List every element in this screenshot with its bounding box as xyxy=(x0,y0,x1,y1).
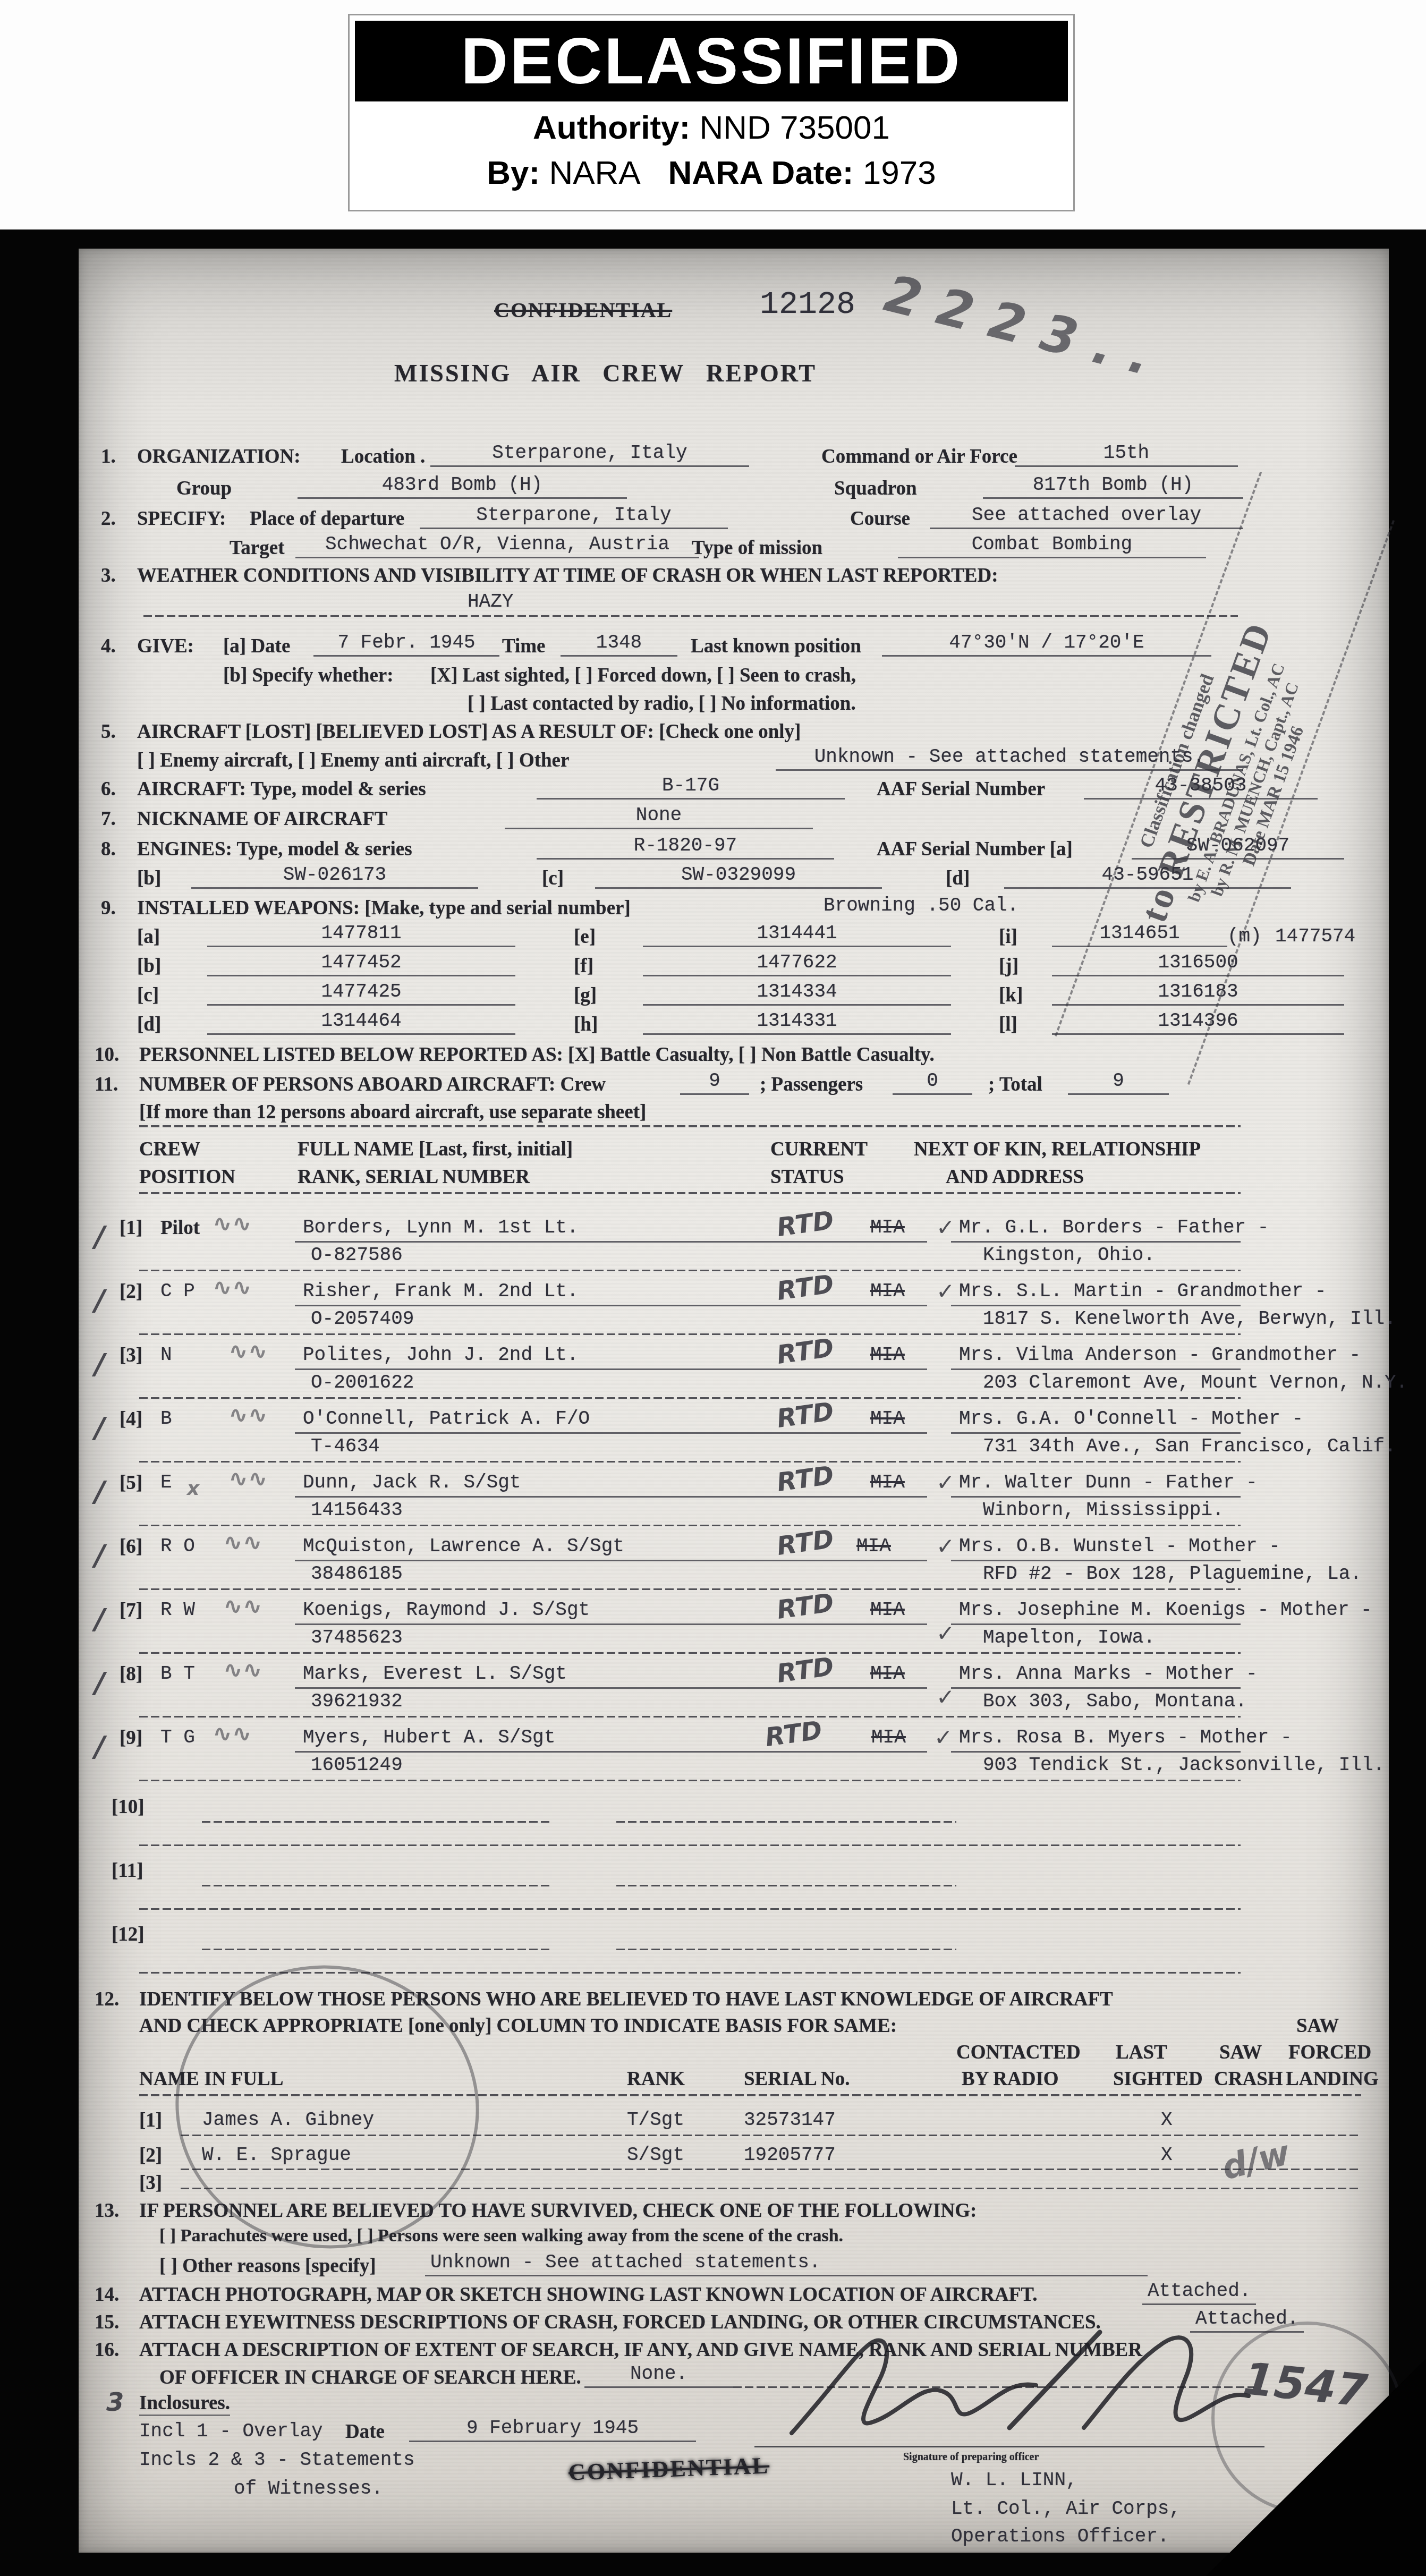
witness-last-sighted-mark: X xyxy=(1161,2109,1173,2131)
by-label: By: xyxy=(487,155,540,191)
weapon-g-label: [g] xyxy=(574,984,597,1007)
date-value: 7 Febr. 1945 xyxy=(313,632,499,657)
crew-row-kin: Mr. Walter Dunn - Father - xyxy=(959,1472,1258,1493)
handwritten-check-mark: / xyxy=(95,1666,105,1699)
weather-underline xyxy=(143,615,1238,617)
item10-number: 10. xyxy=(95,1043,119,1066)
item1-label: ORGANIZATION: xyxy=(137,445,301,468)
item16-label-2: OF OFFICER IN CHARGE OF SEARCH HERE. xyxy=(159,2366,581,2389)
item16-value: None. xyxy=(584,2363,733,2388)
handwritten-check-mark: ✓ xyxy=(936,1533,955,1559)
target-value: Schwechat O/R, Vienna, Austria xyxy=(295,533,699,558)
handwritten-x-mark: x xyxy=(187,1478,199,1500)
weapon-f: 1477622 xyxy=(643,951,951,976)
squadron-value: 817th Bomb (H) xyxy=(983,474,1243,499)
handwritten-squiggle: ∿∿ xyxy=(213,1210,252,1237)
aaf-serial-label: AAF Serial Number xyxy=(877,778,1045,801)
item8-label: ENGINES: Type, model & series xyxy=(137,838,412,861)
weapon-b-label: [b] xyxy=(137,955,161,977)
crew-name-underline xyxy=(295,1751,927,1753)
weapon-h: 1314331 xyxy=(643,1010,951,1035)
confidential-header: CONFIDENTIAL xyxy=(494,297,672,322)
item9-label: INSTALLED WEAPONS: [Make, type and seria… xyxy=(137,897,631,920)
engine-d-label: [d] xyxy=(946,867,970,890)
handwritten-check-mark: / xyxy=(95,1411,105,1444)
weapon-m: 1477574 xyxy=(1275,925,1355,947)
item3-label: WEATHER CONDITIONS AND VISIBILITY AT TIM… xyxy=(137,564,998,587)
crew-kin-underline xyxy=(951,1305,1241,1306)
crew-row-number: [6] xyxy=(120,1535,142,1558)
crew-header-status: STATUS xyxy=(770,1166,844,1188)
crew-header-crew: CREW xyxy=(139,1138,200,1161)
item14-number: 14. xyxy=(95,2283,119,2306)
crew-kin-underline xyxy=(951,1241,1241,1243)
crew-row-serial: 14156433 xyxy=(311,1499,403,1521)
crew-row-name: Risher, Frank M. 2nd Lt. xyxy=(303,1280,578,1302)
footer-date-label: Date xyxy=(345,2420,385,2443)
crew-header-kin: NEXT OF KIN, RELATIONSHIP xyxy=(914,1138,1201,1161)
weapon-c: 1477425 xyxy=(207,981,515,1006)
report-number: 12128 xyxy=(760,287,855,323)
signature-line xyxy=(754,2446,1264,2447)
item7-number: 7. xyxy=(101,807,116,830)
departure-label: Place of departure xyxy=(250,507,404,530)
crew-row-kin2: 1817 S. Kenelworth Ave, Berwyn, Ill. xyxy=(983,1308,1396,1330)
struck-status-mia: MIA xyxy=(870,1280,905,1302)
item1-number: 1. xyxy=(101,445,116,468)
specify-whether-label: [b] Specify whether: xyxy=(223,664,394,687)
item5-label: AIRCRAFT [LOST] [BELIEVED LOST] AS A RES… xyxy=(137,720,801,743)
engine-c-label: [c] xyxy=(542,867,564,890)
struck-status-mia: MIA xyxy=(856,1535,891,1557)
weapon-c-label: [c] xyxy=(137,984,159,1007)
group-value: 483rd Bomb (H) xyxy=(298,474,627,499)
crew-row-number: [12] xyxy=(112,1923,145,1946)
handwritten-squiggle: ∿∿ xyxy=(223,1529,262,1556)
handwritten-squiggle: ∿∿ xyxy=(228,1401,268,1429)
weapon-j-label: [j] xyxy=(999,955,1018,977)
item2-label: SPECIFY: xyxy=(137,507,226,530)
squadron-label: Squadron xyxy=(834,477,917,500)
handwritten-check-mark: ✓ xyxy=(936,1278,955,1304)
target-label: Target xyxy=(230,537,284,559)
struck-status-mia: MIA xyxy=(870,1344,905,1366)
location-label: Location . xyxy=(341,445,425,468)
witness-header-radio: BY RADIO xyxy=(962,2068,1059,2090)
item14-value: Attached. xyxy=(1142,2280,1256,2305)
command-value: 15th xyxy=(1015,442,1238,467)
weapon-a-label: [a] xyxy=(137,925,160,948)
crew-row-name: Koenigs, Raymond J. S/Sgt xyxy=(303,1599,590,1621)
crew-row-name: O'Connell, Patrick A. F/O xyxy=(303,1408,590,1430)
crew-name-underline xyxy=(295,1623,927,1625)
crew-row-divider xyxy=(139,1780,1241,1781)
passengers-label: ; Passengers xyxy=(760,1073,863,1096)
scanned-document-page: DECLASSIFIED Authority: NND 735001 By: N… xyxy=(0,0,1426,2576)
struck-status-mia: MIA xyxy=(870,1663,905,1685)
witness-header-crash: CRASH xyxy=(1214,2068,1283,2090)
crew-row-number: [4] xyxy=(120,1408,142,1431)
weapon-b: 1477452 xyxy=(207,951,515,976)
witness-header-sighted: SIGHTED xyxy=(1113,2068,1203,2090)
position-label: Last known position xyxy=(691,635,861,658)
signature-scrawl xyxy=(760,2322,1270,2454)
crew-row-kin: Mrs. Rosa B. Myers - Mother - xyxy=(959,1727,1292,1748)
crew-kin-underline xyxy=(951,1368,1241,1370)
total-label: ; Total xyxy=(988,1073,1042,1096)
witness-header-rank: RANK xyxy=(627,2068,685,2090)
engine-serial-label: AAF Serial Number [a] xyxy=(877,838,1073,861)
item12-number: 12. xyxy=(95,1988,119,2011)
course-label: Course xyxy=(850,507,910,530)
crew-row-name: Dunn, Jack R. S/Sgt xyxy=(303,1472,521,1493)
crew-row-position: E xyxy=(160,1472,172,1493)
handwritten-check-mark: / xyxy=(95,1602,105,1636)
crew-kin-underline xyxy=(951,1560,1241,1561)
crew-kin-underline xyxy=(951,1623,1241,1625)
crew-row-divider xyxy=(139,1397,1241,1399)
weapon-d-label: [d] xyxy=(137,1013,161,1036)
witness-header-saw-top: SAW xyxy=(1296,2014,1339,2037)
crew-row-name: Borders, Lynn M. 1st Lt. xyxy=(303,1217,578,1238)
struck-status-mia: MIA xyxy=(870,1217,905,1238)
command-label: Command or Air Force xyxy=(821,445,1017,468)
crew-name-underline xyxy=(295,1687,927,1689)
crew-name-underline xyxy=(295,1305,927,1306)
time-label: Time xyxy=(502,635,546,658)
crew-header-current: CURRENT xyxy=(770,1138,868,1161)
handwritten-check-mark: ✓ xyxy=(934,1724,953,1750)
weapon-g: 1314334 xyxy=(643,981,951,1006)
crew-row-kin2: Winborn, Mississippi. xyxy=(983,1499,1224,1521)
item13-option-2: [ ] Other reasons [specify] xyxy=(159,2255,376,2277)
crew-row-serial: T-4634 xyxy=(311,1435,380,1457)
crew-name-underline xyxy=(295,1368,927,1370)
crew-row-kin2: Mapelton, Iowa. xyxy=(983,1627,1155,1648)
declassified-title: DECLASSIFIED xyxy=(461,24,962,98)
mission-label: Type of mission xyxy=(692,537,822,559)
struck-status-mia: MIA xyxy=(870,1599,905,1621)
total-count: 9 xyxy=(1068,1070,1169,1095)
crew-row-kin2: RFD #2 - Box 128, Plaguemine, La. xyxy=(983,1563,1362,1585)
crew-kin-underline xyxy=(951,1687,1241,1689)
crew-count: 9 xyxy=(680,1070,749,1095)
signature-caption: Signature of preparing officer xyxy=(903,2451,1039,2463)
handwritten-squiggle: ∿∿ xyxy=(228,1465,268,1492)
crew-row-serial: 39621932 xyxy=(311,1690,403,1712)
item6-label: AIRCRAFT: Type, model & series xyxy=(137,778,426,801)
witness-last-sighted-mark: X xyxy=(1161,2144,1173,2166)
witness-row-rank: T/Sgt xyxy=(627,2109,684,2131)
specify-options-1: [X] Last sighted, [ ] Forced down, [ ] S… xyxy=(430,664,856,687)
engine-serial-c: SW-0329099 xyxy=(595,864,882,889)
specify-options-2: [ ] Last contacted by radio, [ ] No info… xyxy=(468,692,856,715)
empty-row-line xyxy=(202,1885,553,1886)
nara-date-value: 1973 xyxy=(863,155,936,191)
inclosures-witnesses: of Witnesses. xyxy=(234,2478,383,2500)
item11-number: 11. xyxy=(95,1073,118,1096)
crew-kin-underline xyxy=(951,1432,1241,1434)
item13-option-1: [ ] Parachutes were used, [ ] Persons we… xyxy=(159,2226,843,2246)
crew-row-number: [11] xyxy=(112,1859,143,1882)
item15-number: 15. xyxy=(95,2311,119,2334)
handwritten-squiggle: ∿∿ xyxy=(213,1720,252,1747)
witness-row-number: [3] xyxy=(139,2172,162,2195)
handwritten-check-mark: / xyxy=(95,1730,105,1763)
crew-row-kin: Mrs. Anna Marks - Mother - xyxy=(959,1663,1258,1685)
crew-kin-underline xyxy=(951,1496,1241,1498)
crew-row-position: B T xyxy=(160,1663,195,1685)
weapon-make-value: Browning .50 Cal. xyxy=(824,895,1018,916)
mission-value: Combat Bombing xyxy=(898,533,1206,558)
officer-rank: Lt. Col., Air Corps, xyxy=(951,2498,1181,2520)
crew-row-serial: O-2057409 xyxy=(311,1308,414,1330)
witness-row-serial: 19205777 xyxy=(744,2144,836,2166)
position-value: 47°30'N / 17°20'E xyxy=(882,632,1211,657)
date-field-label: [a] Date xyxy=(223,635,290,658)
crew-row-kin: Mrs. G.A. O'Connell - Mother - xyxy=(959,1408,1303,1430)
handwritten-squiggle: ∿∿ xyxy=(228,1338,268,1365)
crew-header-fullname: FULL NAME [Last, first, initial] xyxy=(298,1138,573,1161)
item13-number: 13. xyxy=(95,2199,119,2222)
by-line: By: NARA NARA Date: 1973 xyxy=(350,154,1073,192)
weapon-k-label: [k] xyxy=(999,984,1023,1007)
crew-row-kin: Mrs. Josephine M. Koenigs - Mother - xyxy=(959,1599,1372,1621)
empty-row-divider xyxy=(139,1844,1241,1846)
handwritten-check-mark: ✓ xyxy=(936,1684,955,1710)
crew-row-serial: 37485623 xyxy=(311,1627,403,1648)
crew-row-number: [7] xyxy=(120,1599,142,1622)
item4-label: GIVE: xyxy=(137,635,194,658)
crew-row-position: Pilot xyxy=(160,1217,200,1239)
crew-name-underline xyxy=(295,1432,927,1434)
handwritten-check-mark: / xyxy=(95,1538,105,1572)
item11-note: [If more than 12 persons aboard aircraft… xyxy=(139,1101,646,1124)
crew-row-position: C P xyxy=(160,1280,195,1302)
crew-row-kin: Mrs. O.B. Wunstel - Mother - xyxy=(959,1535,1280,1557)
location-value: Sterparone, Italy xyxy=(430,442,749,467)
crew-row-name: Marks, Everest L. S/Sgt xyxy=(303,1663,567,1685)
crew-row-serial: 38486185 xyxy=(311,1563,403,1585)
item10-label: PERSONNEL LISTED BELOW REPORTED AS: [X] … xyxy=(139,1043,935,1066)
crew-table-header-rule xyxy=(139,1192,1241,1194)
item3-number: 3. xyxy=(101,564,116,587)
crew-row-name: Polites, John J. 2nd Lt. xyxy=(303,1344,578,1366)
weapon-i-label: [i] xyxy=(999,925,1017,948)
witness-header-contacted: CONTACTED xyxy=(956,2041,1081,2064)
authority-label: Authority: xyxy=(533,109,690,146)
empty-row-line xyxy=(202,1821,553,1823)
crew-table-top-rule xyxy=(139,1125,1241,1127)
item11-label: NUMBER OF PERSONS ABOARD AIRCRAFT: Crew xyxy=(139,1073,606,1096)
crew-row-kin2: Box 303, Sabo, Montana. xyxy=(983,1690,1247,1712)
crew-row-name: McQuiston, Lawrence A. S/Sgt xyxy=(303,1535,624,1557)
engine-serial-b: SW-026173 xyxy=(191,864,478,889)
item7-label: NICKNAME OF AIRCRAFT xyxy=(137,807,387,830)
weapon-e: 1314441 xyxy=(643,922,951,947)
witness-header-landing: LANDING xyxy=(1286,2068,1379,2090)
weapon-d: 1314464 xyxy=(207,1010,515,1035)
crew-row-serial: O-2001622 xyxy=(311,1372,414,1393)
item8-number: 8. xyxy=(101,838,116,861)
weapon-e-label: [e] xyxy=(574,925,596,948)
witness-header-forced: FORCED xyxy=(1288,2041,1371,2064)
crew-row-kin2: 203 Claremont Ave, Mount Vernon, N.Y. xyxy=(983,1372,1407,1393)
item13-other-value: Unknown - See attached statements. xyxy=(425,2251,1148,2276)
handwritten-check-mark: ✓ xyxy=(936,1469,955,1495)
empty-row-line xyxy=(616,1949,956,1950)
witness-row-serial: 32573147 xyxy=(744,2109,836,2131)
empty-row-divider xyxy=(139,1908,1241,1910)
item5-options: [ ] Enemy aircraft, [ ] Enemy anti aircr… xyxy=(137,749,569,772)
crew-row-number: [9] xyxy=(120,1727,142,1749)
crew-row-position: N xyxy=(160,1344,172,1366)
crew-row-kin2: Kingston, Ohio. xyxy=(983,1244,1155,1266)
item9-number: 9. xyxy=(101,897,116,920)
crew-row-divider xyxy=(139,1333,1241,1335)
item6-number: 6. xyxy=(101,778,116,801)
authority-line: Authority: NND 735001 xyxy=(350,109,1073,147)
crew-row-kin: Mrs. S.L. Martin - Grandmother - xyxy=(959,1280,1326,1302)
item14-label: ATTACH PHOTOGRAPH, MAP OR SKETCH SHOWING… xyxy=(139,2283,1038,2306)
engine-type-value: R-1820-97 xyxy=(537,835,834,860)
crew-row-divider xyxy=(139,1525,1241,1526)
struck-status-mia: MIA xyxy=(870,1408,905,1430)
weather-value: HAZY xyxy=(468,591,513,613)
item4-number: 4. xyxy=(101,635,116,658)
crew-row-kin: Mr. G.L. Borders - Father - xyxy=(959,1217,1269,1238)
officer-title: Operations Officer. xyxy=(951,2526,1169,2547)
crew-row-number: [3] xyxy=(120,1344,142,1367)
crew-header-position: POSITION xyxy=(139,1166,235,1188)
handwritten-inclosure-count: 3 xyxy=(106,2387,124,2417)
crew-row-name: Myers, Hubert A. S/Sgt xyxy=(303,1727,555,1748)
handwritten-check-mark: / xyxy=(95,1220,105,1253)
handwritten-check-mark: / xyxy=(95,1283,105,1317)
witness-header-saw: SAW xyxy=(1219,2041,1262,2064)
officer-name: W. L. LINN, xyxy=(951,2469,1077,2491)
witness-header-serial: SERIAL No. xyxy=(744,2068,850,2090)
inclosure-1: Incl 1 - Overlay xyxy=(139,2420,323,2442)
struck-status-mia: MIA xyxy=(871,1727,906,1748)
engine-b-label: [b] xyxy=(137,867,161,890)
item2-number: 2. xyxy=(101,507,116,530)
weapon-f-label: [f] xyxy=(574,955,593,977)
crew-row-position: R O xyxy=(160,1535,195,1557)
crew-row-divider xyxy=(139,1716,1241,1718)
crew-row-number: [10] xyxy=(112,1796,145,1818)
handwritten-check-mark: / xyxy=(95,1347,105,1381)
crew-row-divider xyxy=(139,1270,1241,1271)
crew-row-position: T G xyxy=(160,1727,195,1748)
crew-name-underline xyxy=(295,1560,927,1561)
crew-header-rank-serial: RANK, SERIAL NUMBER xyxy=(298,1166,530,1188)
crew-row-position: B xyxy=(160,1408,172,1430)
empty-row-line xyxy=(202,1949,553,1950)
passenger-count: 0 xyxy=(893,1070,972,1095)
witness-row-number: [2] xyxy=(139,2144,162,2167)
empty-row-line xyxy=(616,1821,956,1823)
crew-row-kin: Mrs. Vilma Anderson - Grandmother - xyxy=(959,1344,1361,1366)
struck-status-mia: MIA xyxy=(870,1472,905,1493)
nara-date-label: NARA Date: xyxy=(668,155,853,191)
by-value: NARA xyxy=(549,155,640,191)
footer-date-value: 9 February 1945 xyxy=(409,2417,696,2442)
weapon-l-label: [l] xyxy=(999,1013,1017,1036)
crew-row-kin2: 731 34th Ave., San Francisco, Calif. xyxy=(983,1435,1396,1457)
crew-row-number: [8] xyxy=(120,1663,142,1686)
crew-header-address: AND ADDRESS xyxy=(946,1166,1084,1188)
handwritten-squiggle: ∿∿ xyxy=(213,1274,252,1301)
nickname-value: None xyxy=(505,804,813,829)
departure-value: Sterparone, Italy xyxy=(420,504,728,529)
handwritten-check-mark: ✓ xyxy=(936,1620,955,1646)
item13-label: IF PERSONNEL ARE BELIEVED TO HAVE SURVIV… xyxy=(139,2199,977,2222)
course-value: See attached overlay xyxy=(930,504,1243,529)
handwritten-check-mark: ✓ xyxy=(936,1214,955,1240)
weapon-a: 1477811 xyxy=(207,922,515,947)
item5-number: 5. xyxy=(101,720,116,743)
crew-row-divider xyxy=(139,1461,1241,1463)
crew-row-number: [2] xyxy=(120,1280,142,1303)
item16-number: 16. xyxy=(95,2339,119,2361)
crew-kin-underline xyxy=(951,1751,1241,1753)
crew-row-divider xyxy=(139,1588,1241,1590)
page-title: MISSING AIR CREW REPORT xyxy=(394,359,817,387)
weapon-h-label: [h] xyxy=(574,1013,598,1036)
handwritten-squiggle: ∿∿ xyxy=(223,1593,262,1620)
crew-row-serial: 16051249 xyxy=(311,1754,403,1776)
handwritten-check-mark: / xyxy=(95,1475,105,1508)
crew-row-number: [5] xyxy=(120,1472,142,1494)
inclosures-label: Inclosures. xyxy=(139,2392,230,2416)
crew-row-serial: O-827586 xyxy=(311,1244,403,1266)
declassified-bar: DECLASSIFIED xyxy=(355,21,1068,101)
crew-row-number: [1] xyxy=(120,1217,142,1239)
inclosures-2-3: Incls 2 & 3 - Statements xyxy=(139,2449,414,2471)
crew-row-divider xyxy=(139,1652,1241,1654)
crew-row-kin2: 903 Tendick St., Jacksonville, Ill. xyxy=(983,1754,1385,1776)
crew-name-underline xyxy=(295,1496,927,1498)
crew-row-position: R W xyxy=(160,1599,195,1621)
handwritten-squiggle: ∿∿ xyxy=(223,1656,262,1684)
crew-name-underline xyxy=(295,1241,927,1243)
empty-row-line xyxy=(616,1885,956,1886)
witness-row-rank: S/Sgt xyxy=(627,2144,684,2166)
witness-row-number: [1] xyxy=(139,2109,162,2132)
time-value: 1348 xyxy=(561,632,677,657)
declassified-banner: DECLASSIFIED Authority: NND 735001 By: N… xyxy=(348,14,1075,211)
aircraft-type-value: B-17G xyxy=(537,775,845,800)
authority-value: NND 735001 xyxy=(699,109,889,146)
group-label: Group xyxy=(176,477,232,500)
witness-header-last: LAST xyxy=(1116,2041,1167,2064)
